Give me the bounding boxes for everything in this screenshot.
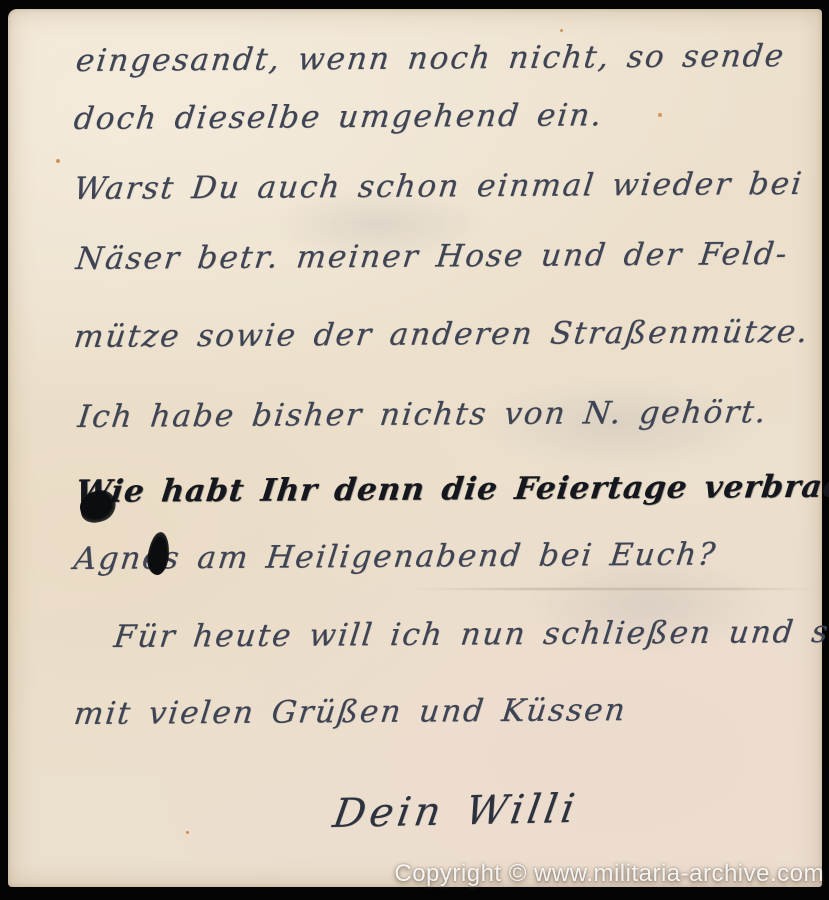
foxing-speck [658,113,662,117]
foxing-speck [560,29,563,32]
handwritten-line-emphasized: Wie habt Ihr denn die Feiertage verbrach… [74,468,829,510]
handwritten-line: eingesandt, wenn noch nicht, so sende [74,38,787,79]
handwritten-line: Ich habe bisher nichts von N. gehört. [76,394,770,435]
handwritten-line: Warst Du auch schon einmal wieder bei [72,166,805,207]
foxing-speck [186,831,189,834]
handwritten-line: Näser betr. meiner Hose und der Feld- [74,236,790,277]
paper-crease [413,588,818,590]
handwritten-line: mit vielen Grüßen und Küssen [72,692,629,732]
foxing-speck [56,159,60,163]
handwritten-line: Für heute will ich nun schließen und sei [112,614,829,655]
watermark: Copyright © www.militaria-archive.com [394,860,824,888]
scan-frame: eingesandt, wenn noch nicht, so sende do… [0,0,829,900]
handwritten-line: mütze sowie der anderen Straßenmütze. [72,314,811,355]
handwritten-line: Agnes am Heiligenabend bei Euch? [72,537,719,577]
handwritten-line: doch dieselbe umgehend ein. [72,97,605,137]
signature: Dein Willi [330,786,582,837]
letter-page: eingesandt, wenn noch nicht, so sende do… [8,9,822,887]
